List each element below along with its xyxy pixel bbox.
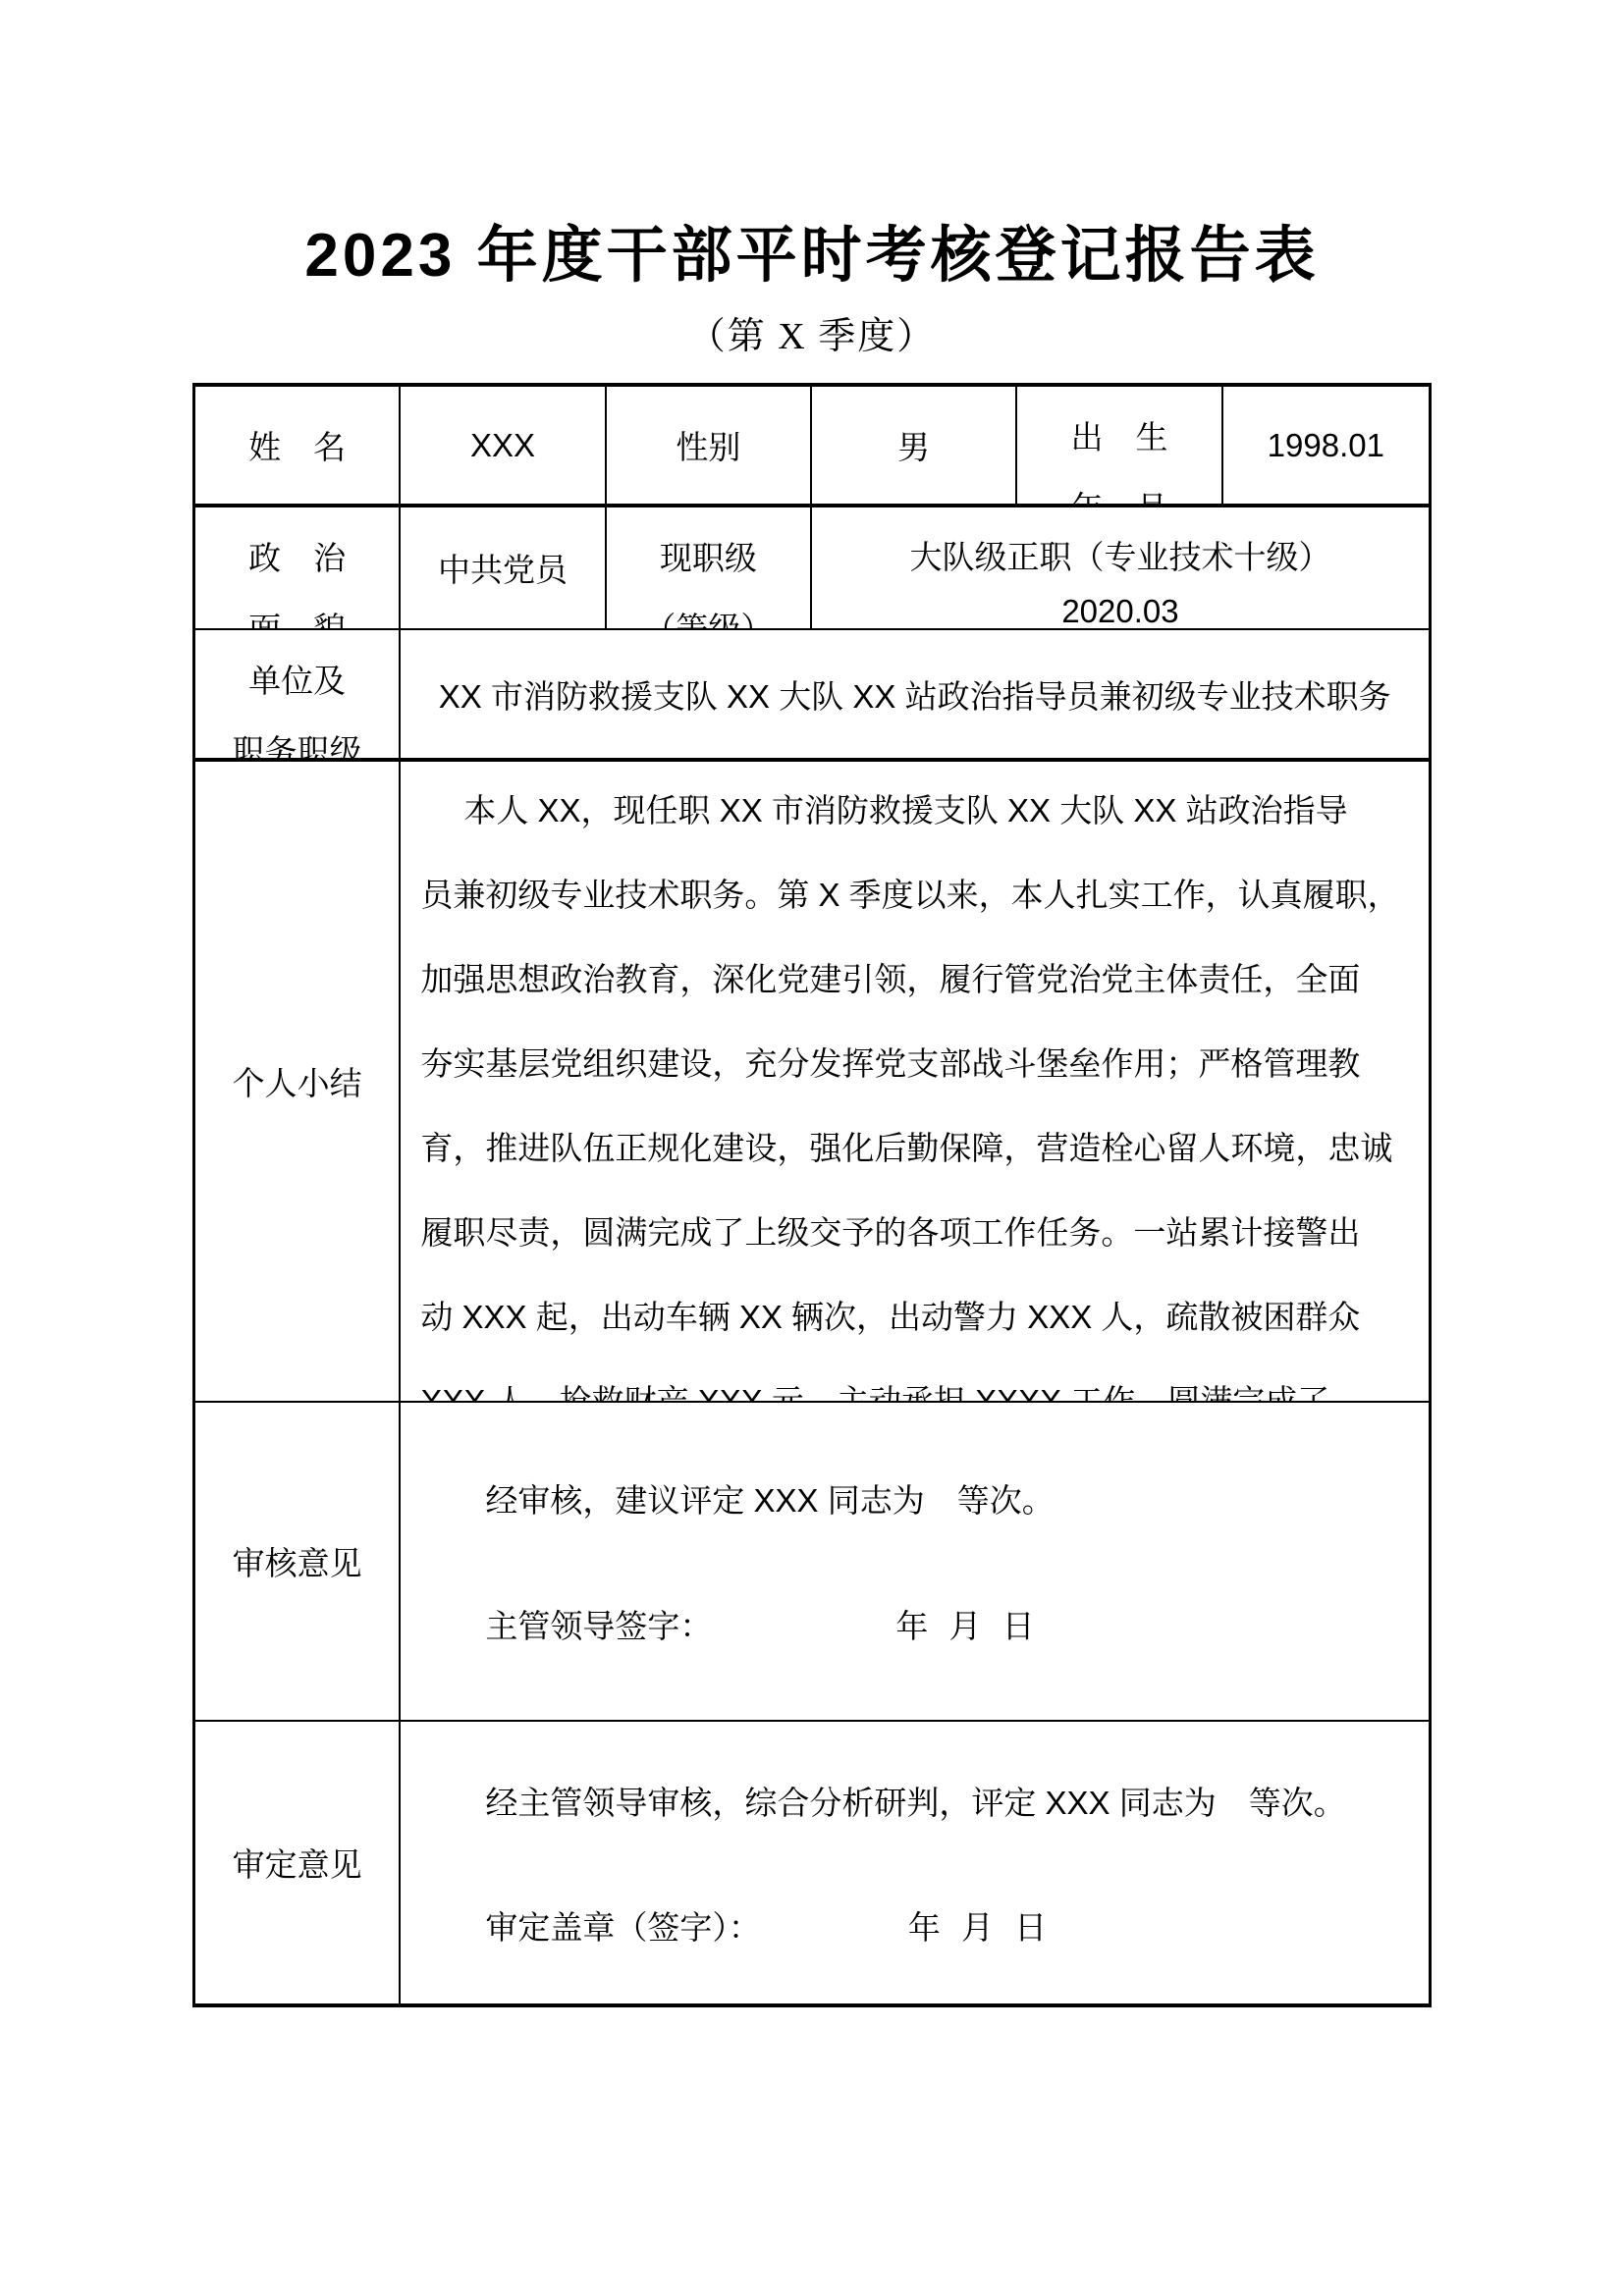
name-value-cell: XXX — [401, 387, 606, 507]
review-content-cell: 经审核，建议评定 XXX 同志为 等次。 主管领导签字： 年 月 日 — [401, 1403, 1429, 1722]
name-value: XXX — [470, 427, 535, 464]
unit-label-cell: 单位及 职务职级 — [195, 630, 401, 762]
name-label: 姓 名 — [248, 422, 346, 468]
approval-content-cell: 经主管领导审核，综合分析研判，评定 XXX 同志为 等次。 审定盖章（签字）： … — [401, 1722, 1429, 2003]
page-title: 2023 年度干部平时考核登记报告表 — [0, 226, 1624, 287]
birth-label: 出 生 年 月 — [1070, 419, 1167, 507]
review-date-placeholder: 年 月 日 — [895, 1602, 1034, 1651]
summary-text: 本人 XX，现任职 XX 市消防救援支队 XX 大队 XX 站政治指导 员兼初级… — [420, 792, 1399, 1403]
name-label-cell: 姓 名 — [195, 387, 401, 507]
approval-signature-label: 审定盖章（签字）： — [485, 1903, 761, 1952]
gender-label-cell: 性别 — [607, 387, 812, 507]
unit-label: 单位及 职务职级 — [233, 663, 362, 762]
approval-label: 审定意见 — [233, 1840, 362, 1886]
gender-label: 性别 — [676, 422, 740, 468]
birth-label-cell: 出 生 年 月 — [1017, 387, 1222, 507]
rank-value-cell: 大队级正职（专业技术十级） 2020.03 — [812, 507, 1429, 630]
approval-statement: 经主管领导审核，综合分析研判，评定 XXX 同志为 等次。 — [485, 1779, 1419, 1828]
political-value-cell: 中共党员 — [401, 507, 606, 630]
political-label-cell: 政 治 面 貌 — [195, 507, 401, 630]
rank-value: 大队级正职（专业技术十级） 2020.03 — [909, 539, 1330, 629]
document-page: { "title": "2023 年度干部平时考核登记报告表", "subtit… — [0, 0, 1624, 2296]
approval-label-cell: 审定意见 — [195, 1722, 401, 2003]
rank-label: 现职级 （等级） — [643, 540, 773, 630]
review-label-cell: 审核意见 — [195, 1403, 401, 1722]
review-statement: 经审核，建议评定 XXX 同志为 等次。 — [485, 1476, 1419, 1525]
summary-label-cell: 个人小结 — [195, 762, 401, 1403]
gender-value-cell: 男 — [812, 387, 1017, 507]
birth-value: 1998.01 — [1268, 427, 1384, 464]
approval-date-placeholder: 年 月 日 — [908, 1903, 1047, 1952]
summary-label: 个人小结 — [233, 1058, 362, 1104]
review-signature-label: 主管领导签字： — [485, 1602, 712, 1651]
page-subtitle: （第 X 季度） — [0, 318, 1624, 355]
approval-signature-row: 审定盖章（签字）： 年 月 日 — [485, 1903, 1419, 1952]
unit-value-cell: XX 市消防救援支队 XX 大队 XX 站政治指导员兼初级专业技术职务 — [401, 630, 1429, 762]
political-value: 中共党员 — [438, 545, 568, 591]
rank-label-cell: 现职级 （等级） — [607, 507, 812, 630]
form-table: 姓 名 XXX 性别 男 出 生 年 月 1998.01 政 治 面 貌 中共党… — [192, 383, 1432, 2007]
review-label: 审核意见 — [233, 1538, 362, 1584]
gender-value: 男 — [897, 422, 930, 468]
birth-value-cell: 1998.01 — [1223, 387, 1429, 507]
summary-text-cell: 本人 XX，现任职 XX 市消防救援支队 XX 大队 XX 站政治指导 员兼初级… — [401, 762, 1429, 1403]
review-signature-row: 主管领导签字： 年 月 日 — [485, 1602, 1419, 1651]
unit-value: XX 市消防救援支队 XX 大队 XX 站政治指导员兼初级专业技术职务 — [439, 671, 1391, 718]
political-label: 政 治 面 貌 — [248, 540, 346, 630]
